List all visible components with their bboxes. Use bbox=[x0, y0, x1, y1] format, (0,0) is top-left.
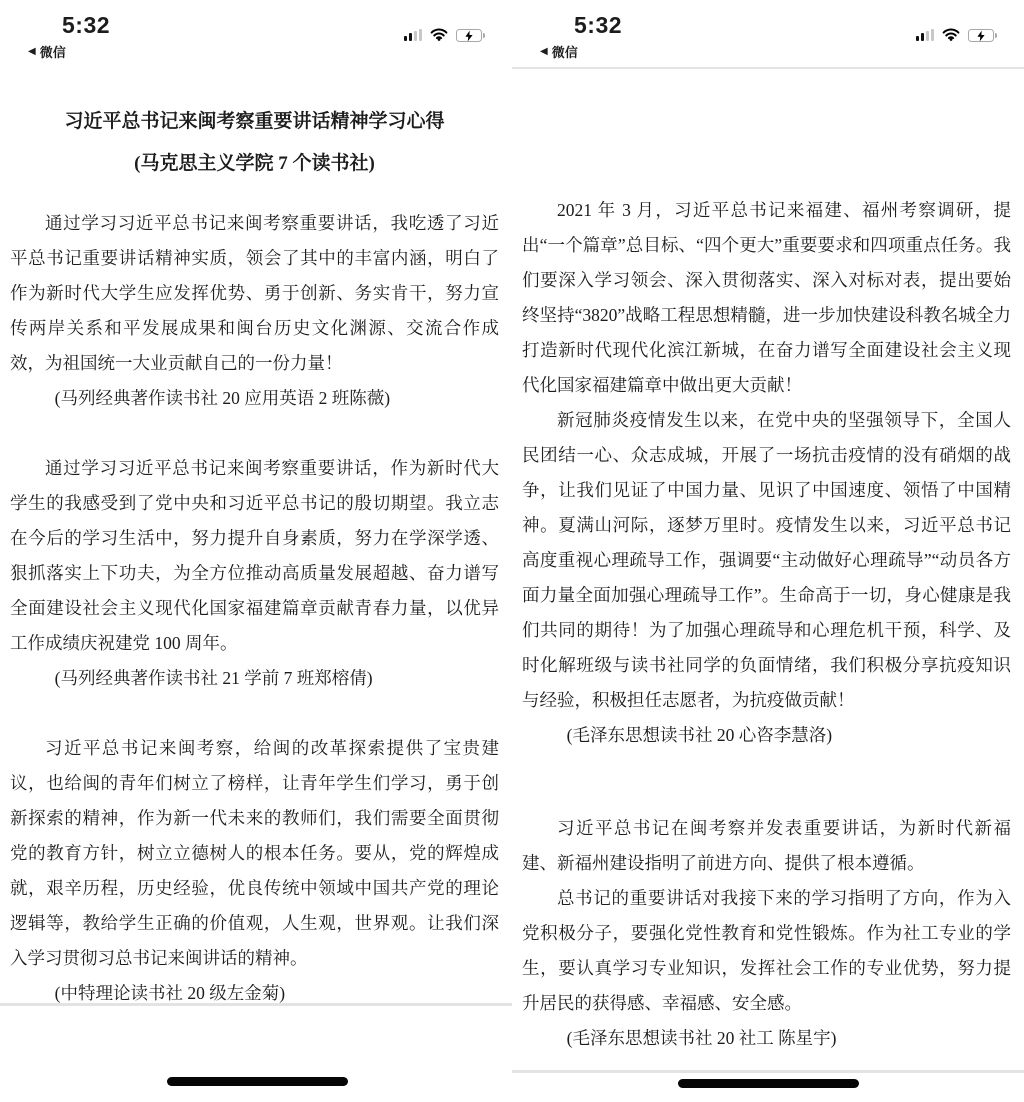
paragraph: 2021 年 3 月，习近平总书记来福建、福州考察调研，提出“一个篇章”总目标、… bbox=[522, 193, 1011, 403]
back-chevron-icon: ◀ bbox=[28, 47, 36, 57]
paragraph: 习近平总书记来闽考察，给闽的改革探索提供了宝贵建议，也给闽的青年们树立了榜样，让… bbox=[10, 731, 499, 976]
status-icons bbox=[916, 27, 997, 41]
paragraph: 通过学习习近平总书记来闽考察重要讲话，作为新时代大学生的我感受到了党中央和习近平… bbox=[10, 451, 499, 661]
wifi-icon bbox=[942, 28, 960, 41]
document-title: 习近平总书记来闽考察重要讲话精神学习心得 bbox=[10, 108, 499, 136]
cellular-signal-icon bbox=[404, 29, 422, 41]
paragraph: 通过学习习近平总书记来闽考察重要讲话，我吃透了习近平总书记重要讲话精神实质，领会… bbox=[10, 206, 499, 381]
attribution-line: (马列经典著作读书社 20 应用英语 2 班陈薇) bbox=[10, 381, 499, 416]
wechat-back-label: 微信 bbox=[552, 42, 578, 61]
wechat-back-label: 微信 bbox=[40, 42, 66, 61]
battery-bolt-icon bbox=[977, 30, 986, 41]
battery-charging-icon bbox=[968, 29, 997, 42]
document-page-1: 习近平总书记来闽考察重要讲话精神学习心得 (马克思主义学院 7 个读书社) 通过… bbox=[10, 70, 499, 1011]
attribution-line: (毛泽东思想读书社 20 社工 陈星宇) bbox=[522, 1021, 1011, 1056]
back-chevron-icon: ◀ bbox=[540, 47, 548, 57]
page-bottom-divider bbox=[0, 1003, 512, 1006]
status-bar-divider bbox=[512, 67, 1024, 69]
paragraph: 习近平总书记在闽考察并发表重要讲话，为新时代新福建、新福州建设指明了前进方向、提… bbox=[522, 811, 1011, 881]
home-indicator[interactable] bbox=[167, 1077, 348, 1086]
phone-screenshot-right: 5:32 ◀ 微信 2021 年 3 月，习近平总书记来福建、福州考察调研，提出… bbox=[512, 0, 1024, 1102]
wechat-back-button[interactable]: ◀ 微信 bbox=[28, 42, 66, 61]
document-subtitle: (马克思主义学院 7 个读书社) bbox=[10, 150, 499, 178]
document-page-2: 2021 年 3 月，习近平总书记来福建、福州考察调研，提出“一个篇章”总目标、… bbox=[522, 70, 1011, 1056]
home-indicator[interactable] bbox=[678, 1079, 859, 1088]
page-bottom-divider bbox=[512, 1070, 1024, 1073]
paragraph: 总书记的重要讲话对我接下来的学习指明了方向，作为入党积极分子，要强化党性教育和党… bbox=[522, 881, 1011, 1021]
battery-bolt-icon bbox=[465, 30, 474, 41]
battery-charging-icon bbox=[456, 29, 485, 42]
wechat-back-button[interactable]: ◀ 微信 bbox=[540, 42, 578, 61]
status-time: 5:32 bbox=[62, 12, 110, 39]
paragraph: 新冠肺炎疫情发生以来，在党中央的坚强领导下，全国人民团结一心、众志成城，开展了一… bbox=[522, 403, 1011, 718]
attribution-line: (毛泽东思想读书社 20 心咨李慧洛) bbox=[522, 718, 1011, 753]
attribution-line: (马列经典著作读书社 21 学前 7 班郑榕倩) bbox=[10, 661, 499, 696]
wifi-icon bbox=[430, 28, 448, 41]
phone-screenshot-left: 5:32 ◀ 微信 习近平总书记来闽考察重要讲话精神学习心得 (马克思主义学院 … bbox=[0, 0, 512, 1102]
status-time: 5:32 bbox=[574, 12, 622, 39]
cellular-signal-icon bbox=[916, 29, 934, 41]
status-icons bbox=[404, 27, 485, 41]
